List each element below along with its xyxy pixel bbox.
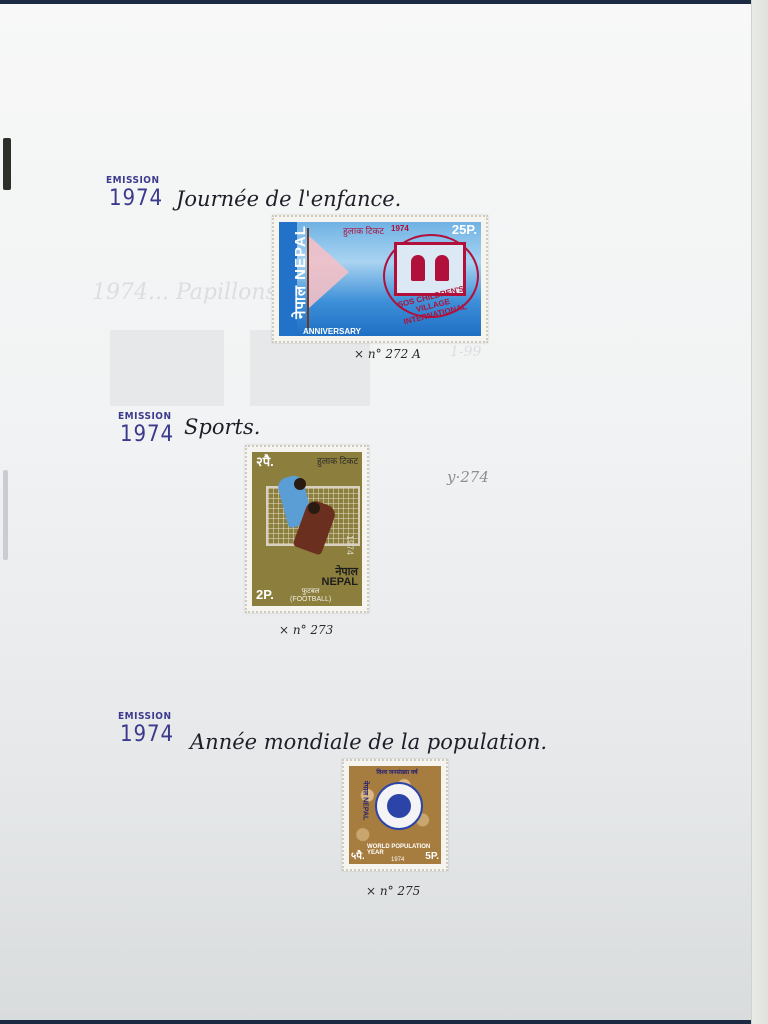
album-page: 1974... Papillons 1-99 EMISSION 1974 Jou…	[0, 4, 752, 1020]
section-title: Journée de l'enfance.	[176, 187, 401, 211]
emission-label: EMISSION	[118, 711, 171, 722]
stamp-world-population-year: विश्व जनसंख्या वर्ष नेपाल NEPAL WORLD PO…	[342, 759, 448, 871]
stamp-sos-childrens-village: नेपाल NEPAL हुलाक टिकट 1974 25P. SOS CHI…	[272, 215, 488, 343]
emission-label: EMISSION	[106, 175, 159, 186]
album-page-edge	[751, 0, 768, 1024]
catalog-number: × n° 272 A	[354, 347, 421, 361]
stamp-football: २पै. हुलाक टिकट 1974 नेपाल NEPAL 2P. फुट…	[245, 445, 369, 613]
ghost-text: 1974... Papillons	[92, 280, 277, 305]
emission-year: 1974	[120, 422, 174, 447]
binder-hole	[3, 470, 8, 560]
section-title: Année mondiale de la population.	[190, 730, 547, 754]
ghost-note: 1-99	[450, 344, 481, 360]
child-figure-icon	[411, 255, 425, 281]
emission-year: 1974	[120, 722, 174, 747]
catalog-number: × n° 273	[279, 623, 333, 637]
ghost-stamp	[110, 330, 224, 406]
flag-icon	[309, 236, 349, 308]
catalog-number: × n° 275	[366, 884, 420, 898]
binder-hole	[3, 138, 11, 190]
un-emblem-icon	[375, 782, 423, 830]
child-figure-icon	[435, 255, 449, 281]
emission-label: EMISSION	[118, 411, 171, 422]
emission-year: 1974	[109, 186, 163, 211]
pencil-note: y·274	[447, 468, 489, 486]
section-title: Sports.	[184, 415, 260, 439]
